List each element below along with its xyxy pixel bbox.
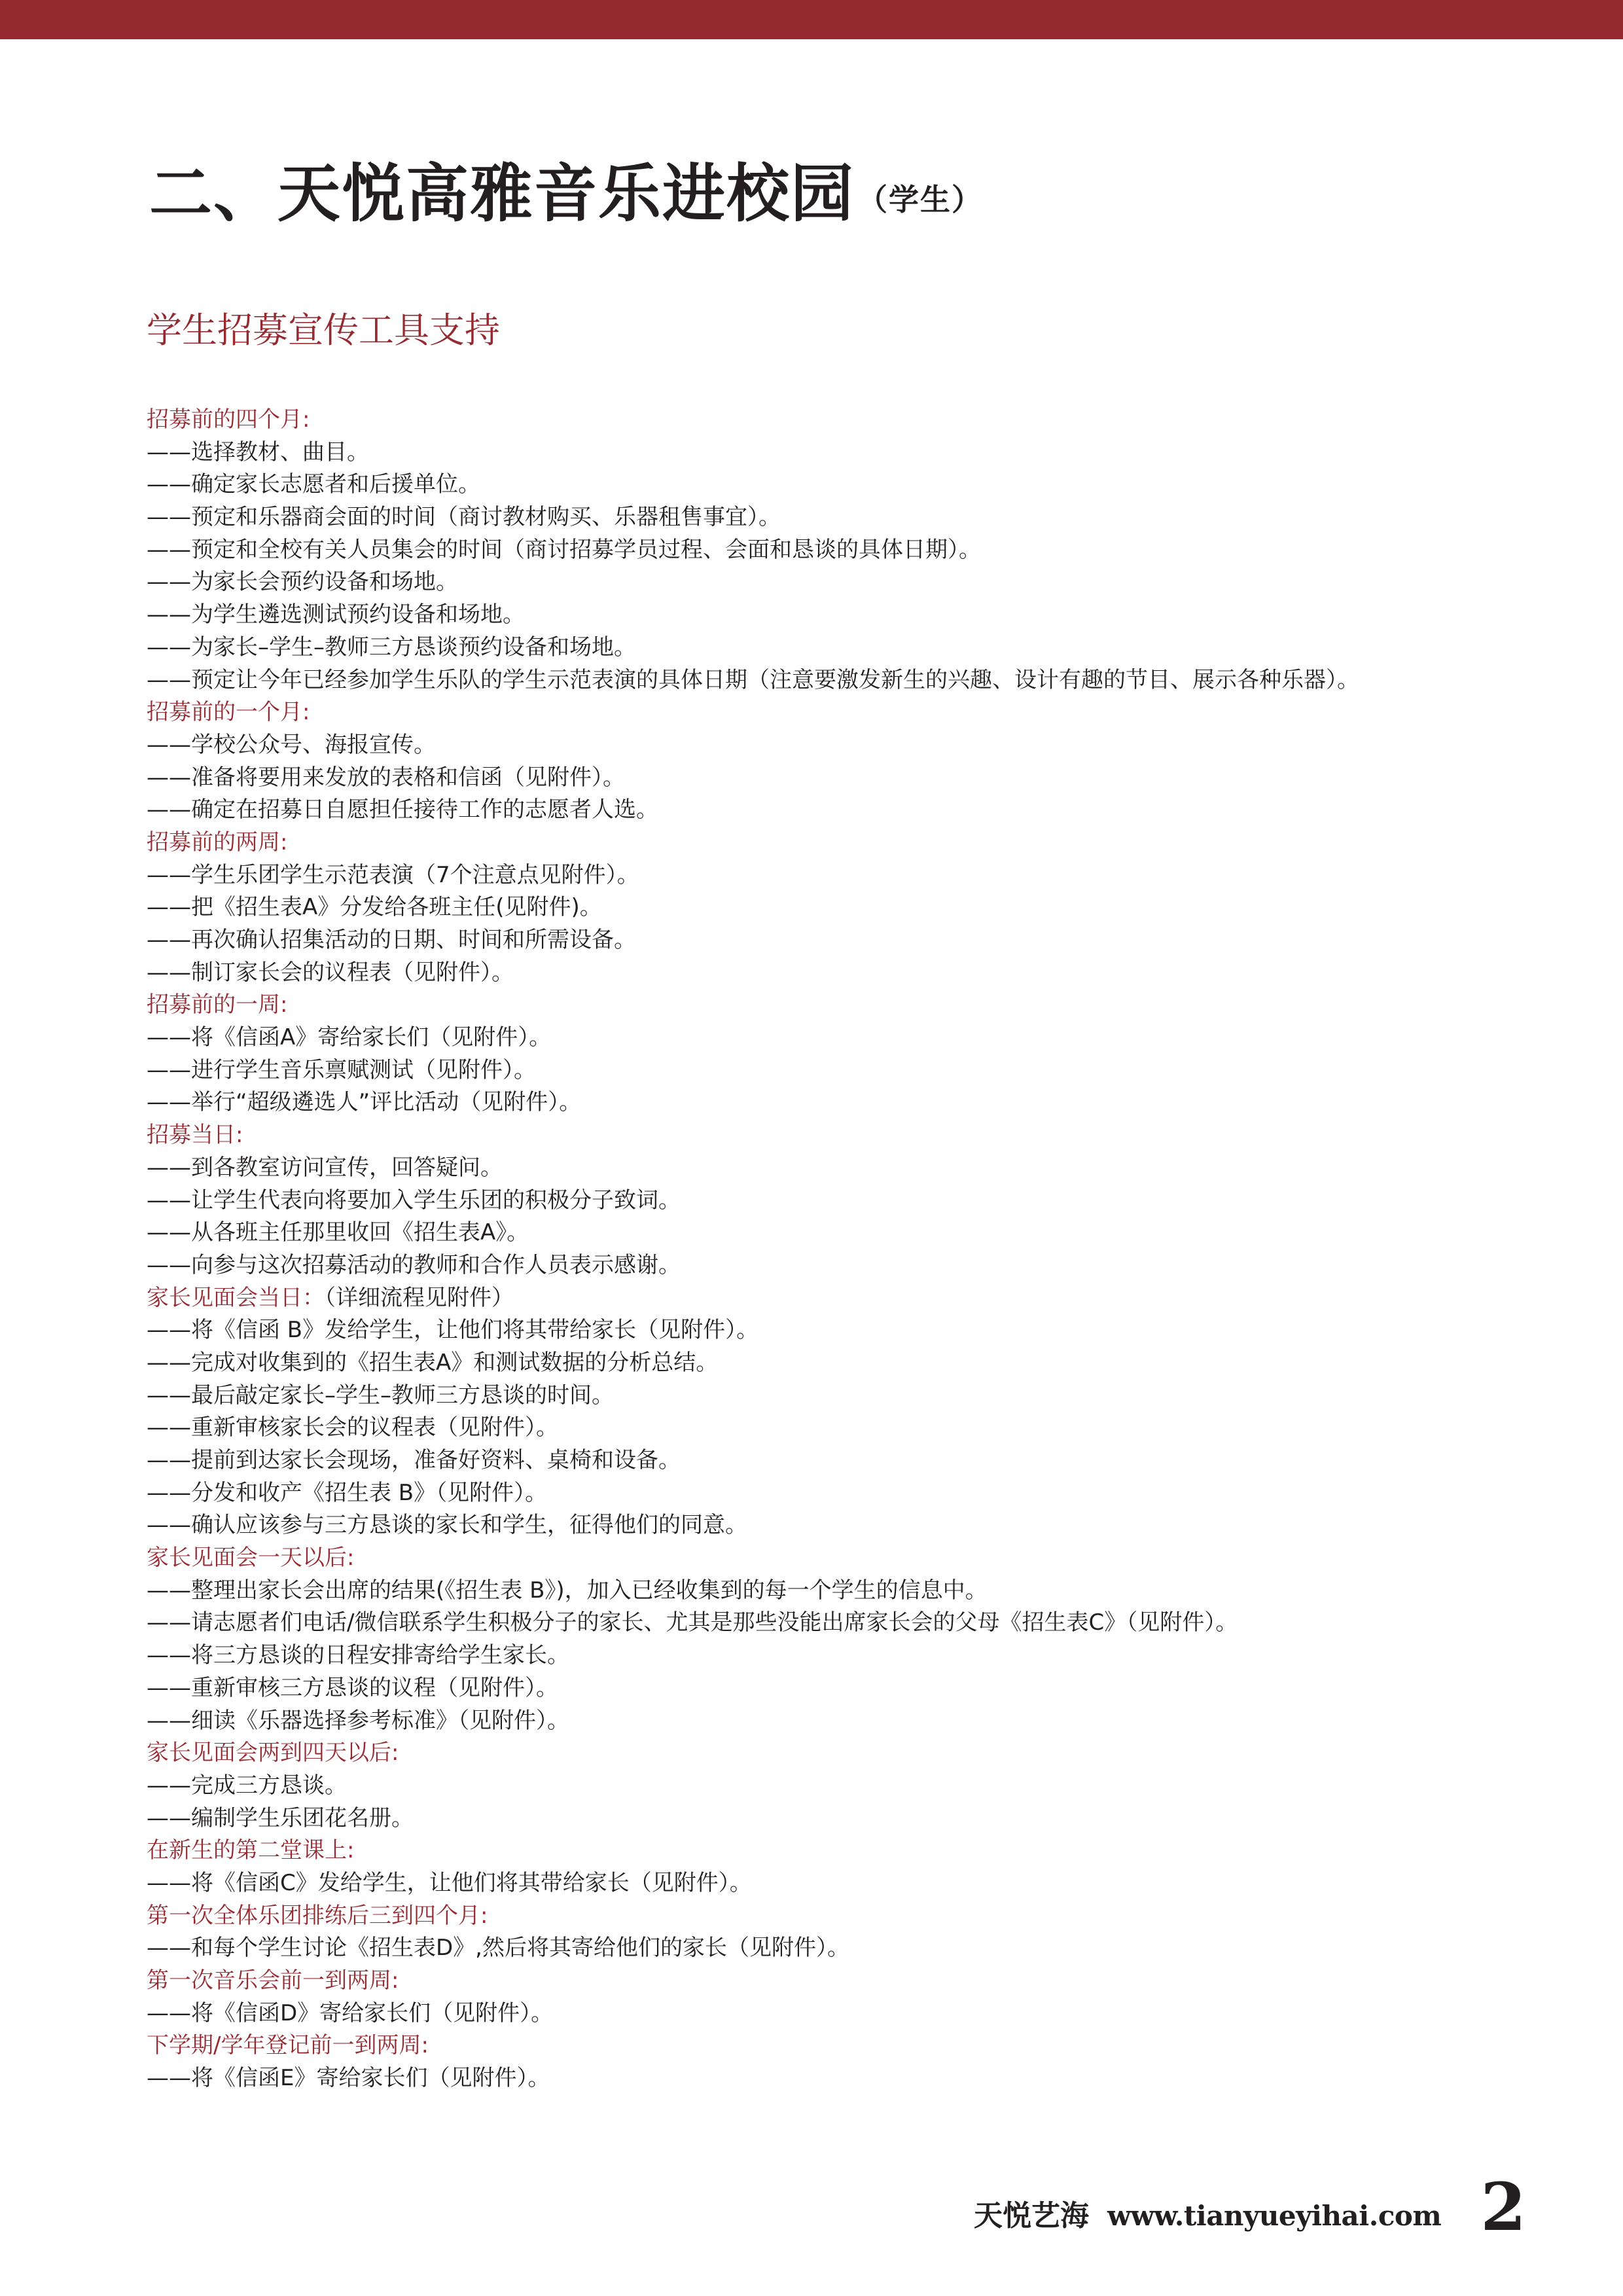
timeline-item: ——预定和全校有关人员集会的时间（商讨招募学员过程、会面和恳谈的具体日期）。 [147,534,1586,567]
timeline-heading: 家长见面会两到四天以后: [147,1737,1586,1770]
timeline-block-before-first-concert: 第一次音乐会前一到两周: ——将《信函D》寄给家长们（见附件）。 [147,1965,1586,2030]
timeline-item: ——将《信函E》寄给家长们（见附件）。 [147,2062,1586,2095]
timeline-item: ——举行“超级遴选人”评比活动（见附件）。 [147,1086,1586,1119]
timeline-item: ——准备将要用来发放的表格和信函（见附件）。 [147,762,1586,795]
timeline-item: ——再次确认招集活动的日期、时间和所需设备。 [147,924,1586,957]
timeline-item: ——和每个学生讨论《招生表D》,然后将其寄给他们的家长（见附件）。 [147,1932,1586,1965]
timeline-heading: 招募前的一个月: [147,696,1586,729]
page-title-suffix: （学生） [857,182,983,217]
timeline-item: ——将《信函C》发给学生，让他们将其带给家长（见附件）。 [147,1867,1586,1900]
timeline-item: ——进行学生音乐禀赋测试（见附件）。 [147,1054,1586,1087]
timeline-item: ——把《招生表A》分发给各班主任(见附件)。 [147,891,1586,924]
timeline-item: ——将《信函D》寄给家长们（见附件）。 [147,1998,1586,2030]
timeline-item: ——为家长–学生–教师三方恳谈预约设备和场地。 [147,632,1586,664]
timeline-item: ——学校公众号、海报宣传。 [147,729,1586,762]
timeline-heading-note: （详细流程见附件） [325,1285,514,1311]
timeline-heading: 第一次全体乐团排练后三到四个月: [147,1900,1586,1933]
timeline-item: ——将《信函 B》发给学生，让他们将其带给家长（见附件）。 [147,1314,1586,1347]
timeline-heading-text: 在新生的第二堂课上: [147,1837,354,1863]
timeline-block-one-month-before: 招募前的一个月: ——学校公众号、海报宣传。 ——准备将要用来发放的表格和信函（… [147,696,1586,827]
timeline-heading-text: 招募前的四个月: [147,406,310,433]
footer-brand: 天悦艺海 [974,2197,1089,2236]
timeline-block-one-week-before: 招募前的一周: ——将《信函A》寄给家长们（见附件）。 ——进行学生音乐禀赋测试… [147,989,1586,1119]
timeline-item: ——将《信函A》寄给家长们（见附件）。 [147,1022,1586,1054]
timeline-item: ——请志愿者们电话/微信联系学生积极分子的家长、尤其是那些没能出席家长会的父母《… [147,1607,1586,1640]
timeline-item: ——确定家长志愿者和后援单位。 [147,469,1586,501]
timeline-item: ——最后敲定家长–学生–教师三方恳谈的时间。 [147,1380,1586,1412]
timeline-item: ——制订家长会的议程表（见附件）。 [147,957,1586,990]
timeline-item: ——完成三方恳谈。 [147,1770,1586,1803]
timeline-item: ——预定和乐器商会面的时间（商讨教材购买、乐器租售事宜）。 [147,501,1586,534]
timeline-block-second-lesson: 在新生的第二堂课上: ——将《信函C》发给学生，让他们将其带给家长（见附件）。 [147,1835,1586,1899]
timeline-heading-text: 第一次音乐会前一到两周: [147,1967,399,1994]
timeline-item: ——为家长会预约设备和场地。 [147,566,1586,599]
timeline-heading: 招募当日: [147,1119,1586,1152]
timeline-item: ——提前到达家长会现场，准备好资料、桌椅和设备。 [147,1444,1586,1477]
timeline-heading: 家长见面会当日：（详细流程见附件） [147,1282,1586,1315]
timeline-heading-text: 第一次全体乐团排练后三到四个月: [147,1903,488,1929]
timeline-heading-text: 招募前的一个月: [147,699,310,725]
timeline-item: ——确定在招募日自愿担任接待工作的志愿者人选。 [147,794,1586,827]
timeline-heading-text: 招募前的一周: [147,992,287,1018]
timeline-heading: 第一次音乐会前一到两周: [147,1965,1586,1998]
timeline-item: ——将三方恳谈的日程安排寄给学生家长。 [147,1640,1586,1672]
timeline-item: ——细读《乐器选择参考标准》（见附件）。 [147,1705,1586,1738]
timeline-item: ——学生乐团学生示范表演（7个注意点见附件）。 [147,859,1586,892]
page-title: 二、天悦高雅音乐进校园（学生） [149,154,983,239]
timeline-heading-text: 招募当日: [147,1122,243,1148]
timeline-heading-text: 下学期/学年登记前一到两周: [147,2032,429,2058]
timeline-item: ——向参与这次招募活动的教师和合作人员表示感谢。 [147,1249,1586,1282]
timeline-heading-text: 家长见面会一天以后: [147,1545,354,1571]
timeline-item: ——整理出家长会出席的结果(《招生表 B》)，加入已经收集到的每一个学生的信息中… [147,1575,1586,1607]
timeline-item: ——确认应该参与三方恳谈的家长和学生，征得他们的同意。 [147,1509,1586,1542]
timeline-item: ——完成对收集到的《招生表A》和测试数据的分析总结。 [147,1347,1586,1380]
timeline-block-before-next-term: 下学期/学年登记前一到两周: ——将《信函E》寄给家长们（见附件）。 [147,2030,1586,2094]
timeline-heading: 家长见面会一天以后: [147,1542,1586,1575]
timeline-heading: 招募前的四个月: [147,404,1586,437]
timeline-item: ——重新审核家长会的议程表（见附件）。 [147,1412,1586,1444]
timeline-item: ——重新审核三方恳谈的议程（见附件）。 [147,1672,1586,1705]
timeline-heading-text: 招募前的两周: [147,829,287,855]
timeline-item: ——预定让今年已经参加学生乐队的学生示范表演的具体日期（注意要激发新生的兴趣、设… [147,664,1586,697]
page-number: 2 [1480,2174,1526,2240]
timeline-block-recruitment-day: 招募当日: ——到各教室访问宣传，回答疑问。 ——让学生代表向将要加入学生乐团的… [147,1119,1586,1282]
footer-website-url: www.tianyueyihai.com [1107,2197,1441,2236]
timeline-item: ——选择教材、曲目。 [147,437,1586,469]
timeline-item: ——为学生遴选测试预约设备和场地。 [147,599,1586,632]
timeline-item: ——从各班主任那里收回《招生表A》。 [147,1217,1586,1249]
timeline-item: ——分发和收产《招生表 B》（见附件）。 [147,1477,1586,1510]
header-color-bar [0,0,1623,39]
timeline-heading: 招募前的两周: [147,827,1586,859]
recruitment-timeline: 招募前的四个月: ——选择教材、曲目。 ——确定家长志愿者和后援单位。 ——预定… [147,404,1586,2095]
timeline-heading: 招募前的一周: [147,989,1586,1022]
timeline-block-four-months-before: 招募前的四个月: ——选择教材、曲目。 ——确定家长志愿者和后援单位。 ——预定… [147,404,1586,696]
page-footer: 天悦艺海 www.tianyueyihai.com 2 [974,2157,1526,2236]
timeline-heading: 下学期/学年登记前一到两周: [147,2030,1586,2062]
timeline-item: ——让学生代表向将要加入学生乐团的积极分子致词。 [147,1185,1586,1217]
timeline-block-one-day-after-meeting: 家长见面会一天以后: ——整理出家长会出席的结果(《招生表 B》)，加入已经收集… [147,1542,1586,1737]
timeline-block-two-to-four-days-after: 家长见面会两到四天以后: ——完成三方恳谈。 ——编制学生乐团花名册。 [147,1737,1586,1835]
section-heading: 学生招募宣传工具支持 [147,308,500,353]
timeline-heading: 在新生的第二堂课上: [147,1835,1586,1867]
timeline-item: ——到各教室访问宣传，回答疑问。 [147,1152,1586,1185]
timeline-item: ——编制学生乐团花名册。 [147,1803,1586,1835]
timeline-heading-text: 家长见面会两到四天以后: [147,1740,399,1766]
timeline-block-two-weeks-before: 招募前的两周: ——学生乐团学生示范表演（7个注意点见附件）。 ——把《招生表A… [147,827,1586,989]
timeline-heading-text: 家长见面会当日： [147,1285,325,1311]
timeline-block-after-first-rehearsal: 第一次全体乐团排练后三到四个月: ——和每个学生讨论《招生表D》,然后将其寄给他… [147,1900,1586,1965]
page-title-main: 二、天悦高雅音乐进校园 [149,156,855,230]
timeline-block-parent-meeting-day: 家长见面会当日：（详细流程见附件） ——将《信函 B》发给学生，让他们将其带给家… [147,1282,1586,1543]
